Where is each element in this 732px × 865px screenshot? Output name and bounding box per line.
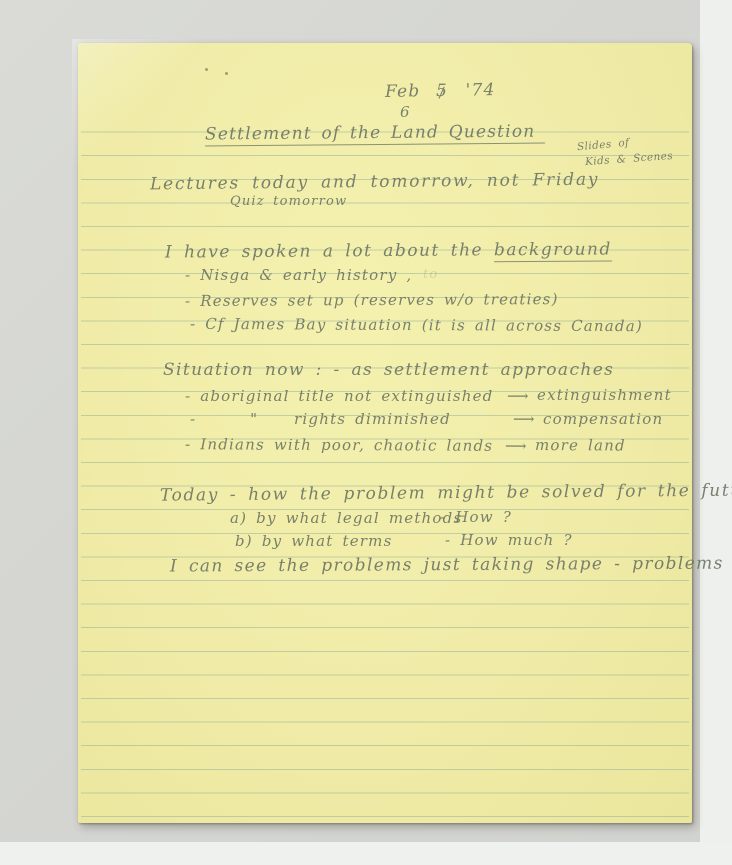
closing-line: I can see the problems just taking shape…	[170, 553, 732, 576]
situation-row-right: more land	[535, 436, 626, 454]
paper-sheet: Feb 5 '74 6 Settlement of the Land Quest…	[78, 43, 692, 823]
date-month: Feb	[385, 81, 421, 102]
today-item-b-note: - How much ?	[445, 531, 573, 549]
corner-note-line-2: Kids & Scenes	[585, 150, 674, 168]
date-year: '74	[465, 80, 495, 101]
date-line: Feb 5 '74	[385, 80, 496, 102]
background-heading: I have spoken a lot about the background	[165, 239, 612, 262]
situation-heading: Situation now : - as settlement approach…	[163, 360, 614, 380]
background-bullet: - Reserves set up (reserves w/o treaties…	[185, 290, 559, 310]
quiz-note: Quiz tomorrow	[230, 194, 347, 209]
arrow-right-glyph: ⟶	[505, 437, 527, 455]
announcement-line: Lectures today and tomorrow, not Friday	[150, 170, 599, 195]
page-title: Settlement of the Land Question	[205, 122, 546, 145]
scanned-note-page: { "scan": { "background_color": "#d5d6d2…	[0, 0, 732, 865]
scan-margin-bottom	[0, 842, 732, 865]
today-item-a: a) by what legal methods - How ?	[230, 509, 462, 527]
background-bullet: - Nisga & early history ,	[185, 266, 412, 284]
arrow-right-glyph: ⟶	[513, 410, 535, 428]
situation-row-left: - " rights diminished	[190, 410, 451, 428]
today-item-b-text: b) by what terms	[235, 532, 393, 550]
scan-margin-right	[700, 0, 732, 865]
staple-mark	[205, 68, 208, 71]
ruled-lines	[81, 109, 689, 821]
erased-mark: to	[423, 267, 438, 282]
situation-row-right: extinguishment	[537, 386, 672, 404]
background-heading-text: I have spoken a lot about the	[165, 240, 494, 262]
date-correction: 6	[400, 103, 411, 121]
today-heading: Today - how the problem might be solved …	[160, 480, 732, 505]
situation-row-left: - Indians with poor, chaotic lands	[185, 435, 493, 455]
staple-mark	[225, 72, 228, 75]
situation-row: - aboriginal title not extinguished ⟶ ex…	[185, 387, 493, 405]
today-item-a-note: - How ?	[440, 508, 512, 526]
page-title-text: Settlement of the Land Question	[205, 122, 546, 147]
situation-row-right: compensation	[543, 410, 663, 428]
situation-row: - " rights diminished ⟶ compensation	[190, 410, 451, 428]
situation-row-left: - aboriginal title not extinguished	[185, 387, 493, 405]
today-item-b: b) by what terms - How much ?	[235, 532, 393, 550]
today-item-a-text: a) by what legal methods	[230, 509, 462, 527]
arrow-right-glyph: ⟶	[507, 387, 529, 405]
date-crossed-day: 5	[436, 81, 448, 101]
background-underlined-word: background	[494, 239, 612, 262]
situation-row: - Indians with poor, chaotic lands ⟶ mor…	[185, 435, 493, 455]
background-bullet: - Cf James Bay situation (it is all acro…	[190, 315, 643, 335]
corner-note-line-1: Slides of	[577, 137, 630, 154]
